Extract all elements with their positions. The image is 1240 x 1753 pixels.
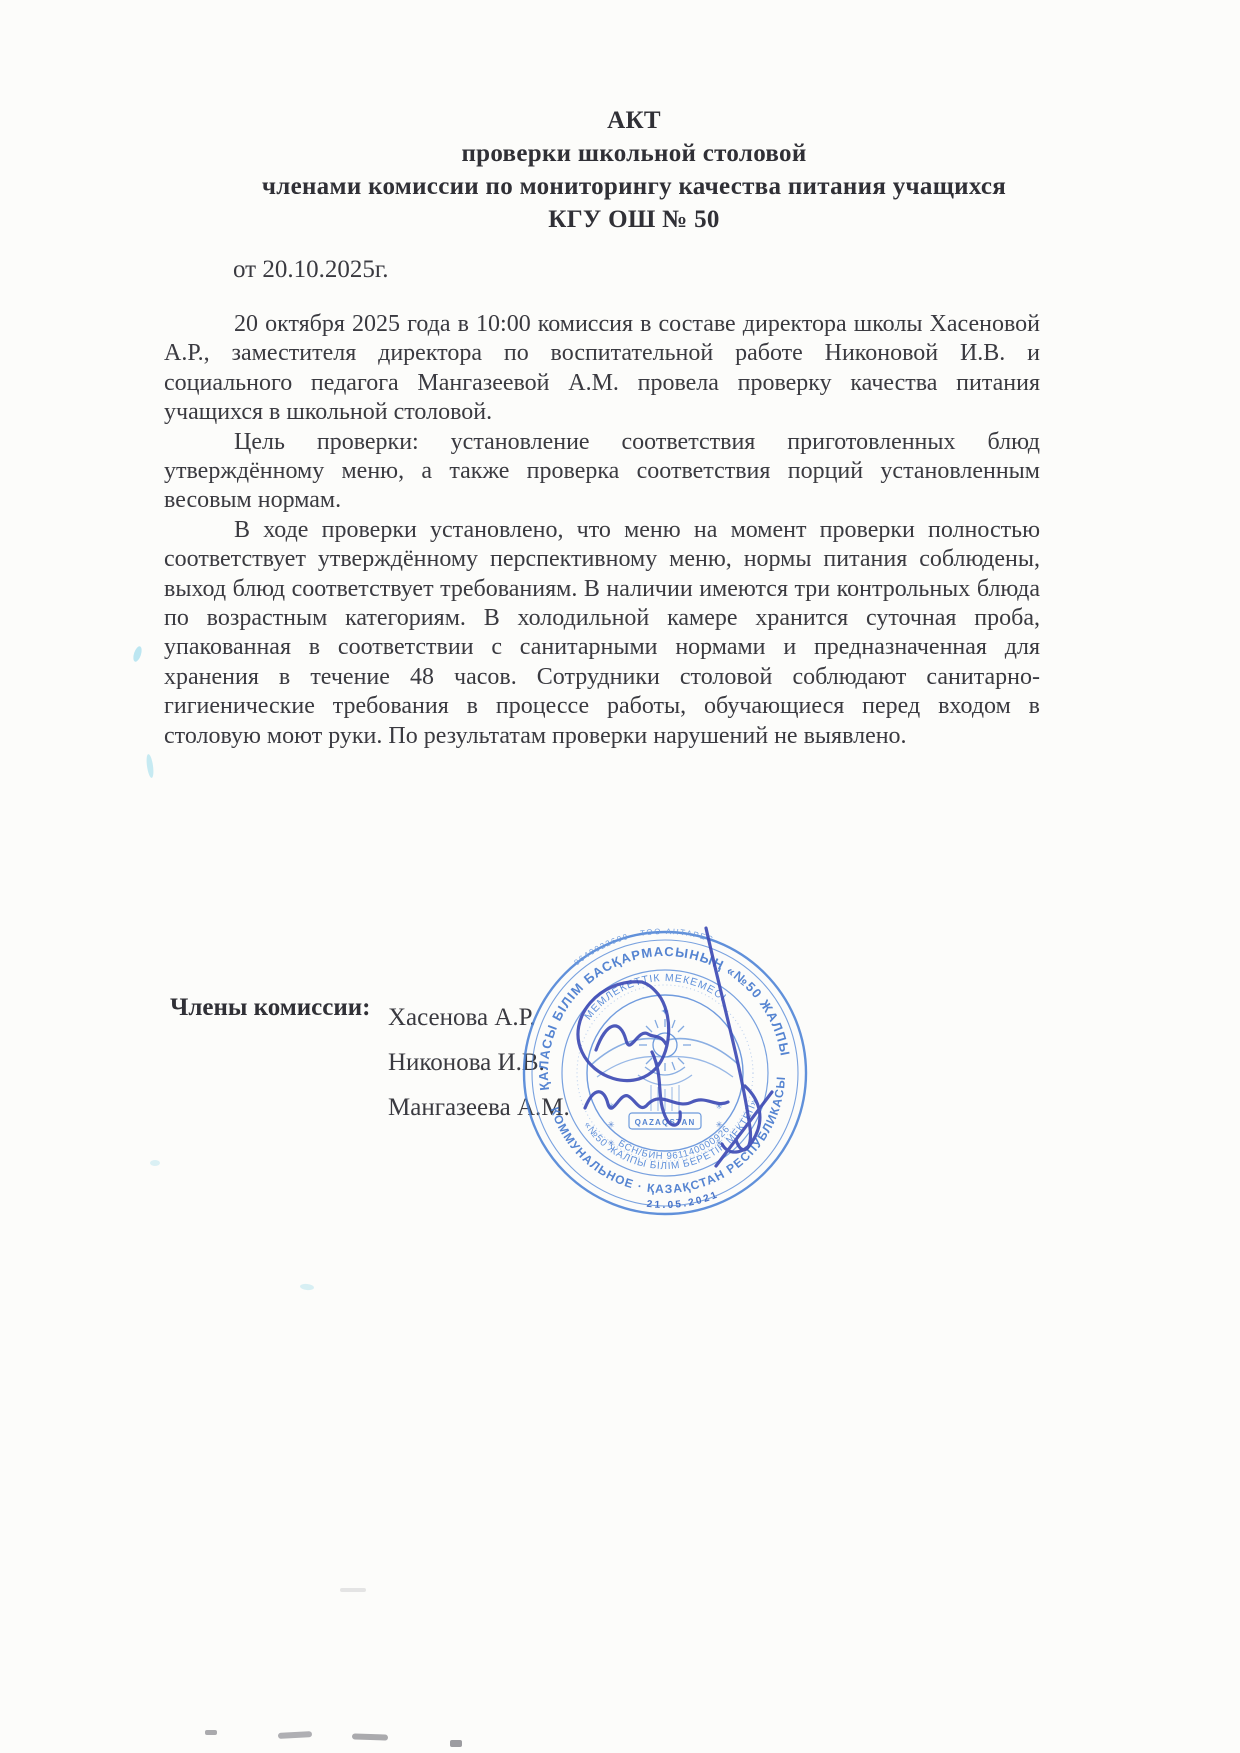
- title-line-2: проверки школьной столовой: [14, 137, 1240, 170]
- scan-artifact: [450, 1740, 462, 1747]
- title-line-1: АКТ: [14, 104, 1240, 137]
- handwritten-signatures: [470, 850, 900, 1270]
- signature-stroke: [652, 1052, 680, 1125]
- signature-stroke: [596, 1026, 666, 1050]
- scan-artifact: [145, 754, 154, 779]
- paragraph-3: В ходе проверки установлено, что меню на…: [164, 516, 1040, 751]
- scanned-document-page: АКТ проверки школьной столовой членами к…: [0, 0, 1240, 1753]
- signature-stroke: [722, 1086, 760, 1152]
- document-title: АКТ проверки школьной столовой членами к…: [14, 104, 1240, 236]
- commission-members-label: Члены комиссии:: [170, 994, 371, 1022]
- scan-artifact: [278, 1731, 312, 1739]
- title-line-4: КГУ ОШ № 50: [14, 203, 1240, 236]
- scan-artifact: [352, 1733, 388, 1740]
- scan-artifact: [340, 1588, 366, 1592]
- paragraph-2: Цель проверки: установление соответствия…: [164, 428, 1040, 516]
- scan-artifact: [205, 1730, 217, 1735]
- signature-stroke: [706, 928, 751, 1150]
- scan-artifact: [132, 645, 144, 662]
- document-date: от 20.10.2025г.: [233, 256, 389, 284]
- document-body: 20 октября 2025 года в 10:00 комиссия в …: [164, 310, 1040, 751]
- scan-artifact: [150, 1160, 160, 1166]
- title-line-3: членами комиссии по мониторингу качества…: [14, 170, 1240, 203]
- signature-stroke: [585, 1092, 728, 1108]
- scan-artifact: [300, 1283, 315, 1290]
- paragraph-1: 20 октября 2025 года в 10:00 комиссия в …: [164, 310, 1040, 428]
